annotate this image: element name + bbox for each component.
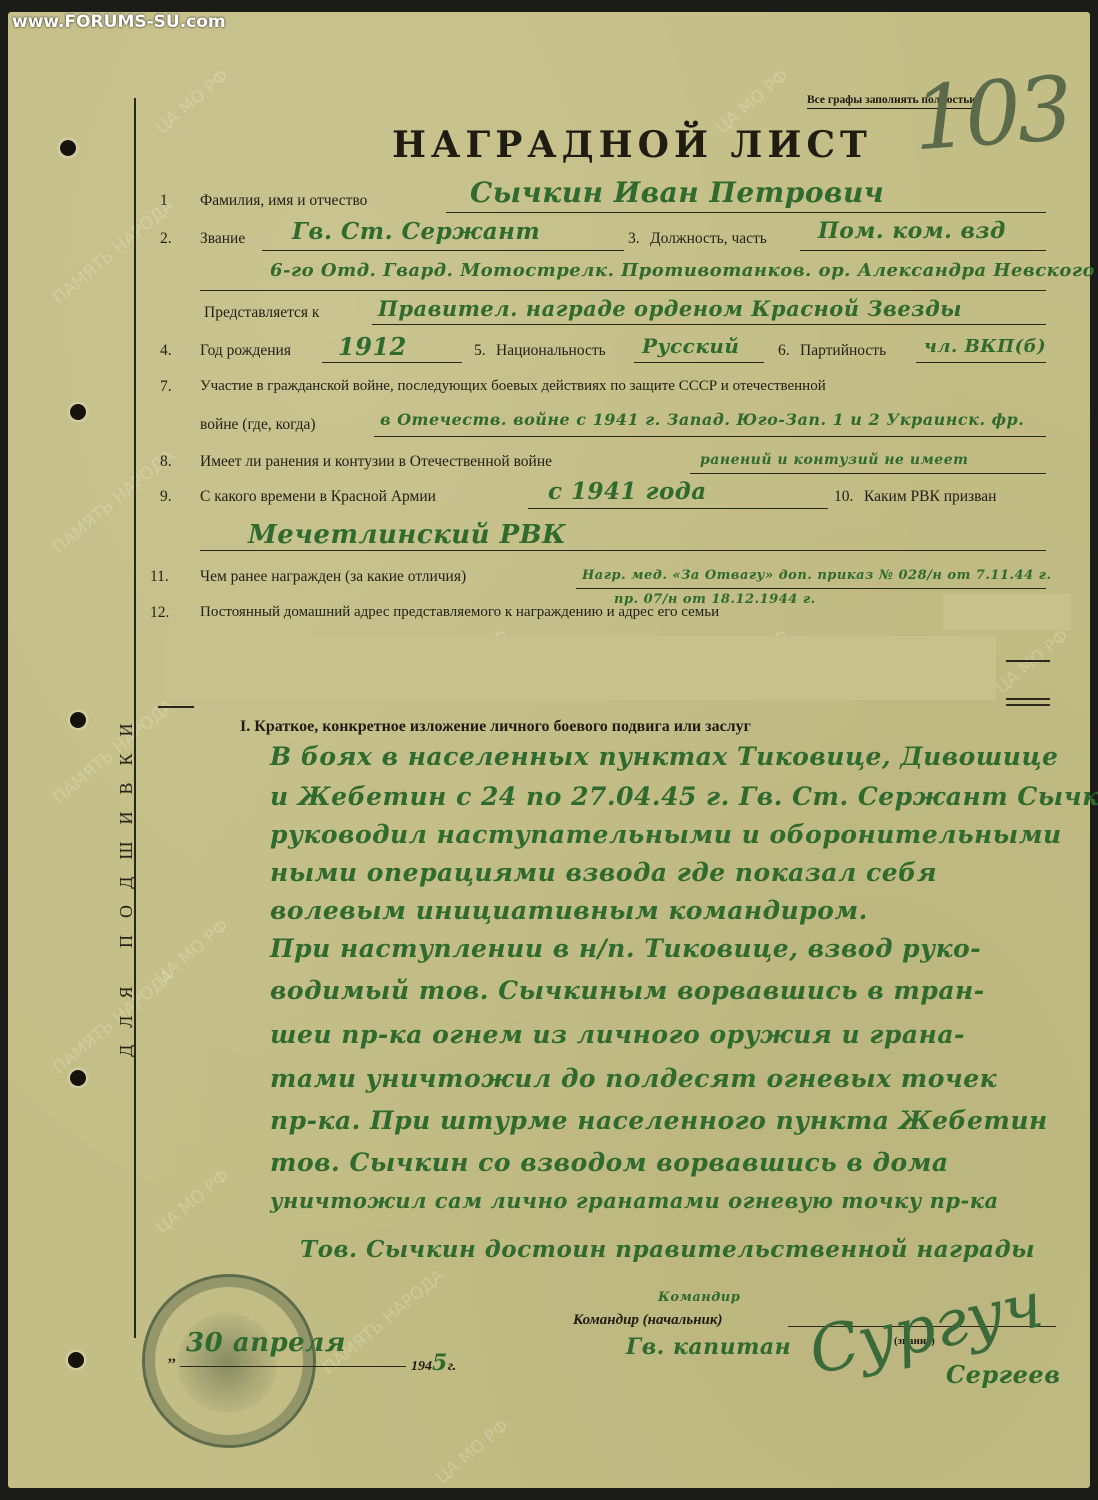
punch-hole: [70, 712, 86, 728]
field-label-draft-office: Каким РВК призван: [864, 488, 996, 506]
field-line: [916, 362, 1046, 363]
date-quote-mark: ,,: [168, 1348, 176, 1366]
feat-line: и Жебетин с 24 по 27.04.45 г. Гв. Ст. Се…: [270, 782, 1098, 811]
field-number: 8.: [160, 453, 172, 471]
field-value-wounds: ранений и контузий не имеет: [700, 452, 968, 468]
field-label-war-participation: Участие в гражданской войне, последующих…: [200, 378, 826, 395]
field-line: [322, 362, 462, 363]
field-value-full-name: Сычкин Иван Петрович: [470, 176, 884, 209]
year-suffix: г.: [448, 1359, 456, 1374]
feat-line: руководил наступательными и оборонительн…: [270, 820, 1062, 849]
field-line: [634, 362, 764, 363]
feat-line: тов. Сычкин со взводом ворвавшись в дома: [270, 1148, 949, 1177]
site-watermark: www.FORUMS-SU.com: [12, 12, 226, 32]
punch-hole: [70, 404, 86, 420]
field-label-war-participation-cont: войне (где, когда): [200, 416, 316, 434]
field-line: [374, 436, 1046, 437]
field-line: [200, 550, 1046, 551]
field-number: 4.: [160, 342, 172, 360]
commander-label: Командир (начальник): [573, 1312, 723, 1329]
field-value-rank: Гв. Ст. Сержант: [292, 218, 540, 245]
field-value-prior-awards: Нагр. мед. «За Отвагу» доп. приказ № 028…: [582, 568, 1052, 583]
watermark-archive: ЦА МО РФ: [152, 916, 233, 988]
watermark-archive: ЦА МО РФ: [992, 626, 1073, 698]
feat-line: водимый тов. Сычкиным ворвавшись в тран-: [270, 976, 985, 1005]
binding-margin-label: ДЛЯ ПОДШИВКИ: [116, 706, 137, 1057]
feat-line: тами уничтожил до полдесят огневых точек: [270, 1064, 997, 1093]
field-line: [576, 588, 1046, 589]
field-value-unit: 6-го Отд. Гвард. Мотострелк. Противотанк…: [270, 260, 1098, 281]
field-label-nationality: Национальность: [496, 342, 606, 360]
watermark-archive: ЦА МО РФ: [152, 66, 233, 138]
feat-line: ными операциями взвода где показал себя: [270, 858, 937, 887]
watermark-project: ПАМЯТЬ НАРОДА: [49, 446, 178, 559]
field-line: [200, 290, 1046, 291]
field-label-rank: Звание: [200, 230, 245, 248]
field-line: [1006, 698, 1050, 700]
award-sheet-page: ЦА МО РФ ЦА МО РФ ЦА МО РФ ЦА МО РФ ЦА М…: [8, 12, 1090, 1488]
archive-page-number: 103: [910, 57, 1073, 171]
commander-rank-value: Гв. капитан: [626, 1334, 791, 1360]
field-line: [528, 508, 828, 509]
field-number: 2.: [160, 230, 172, 248]
feat-line: При наступлении в н/п. Тиковице, взвод р…: [270, 934, 981, 963]
field-label-full-name: Фамилия, имя и отчество: [200, 192, 367, 210]
punch-hole: [60, 140, 76, 156]
feat-line: Тов. Сычкин достоин правительственной на…: [300, 1236, 1035, 1263]
field-value-party: чл. ВКП(б): [924, 336, 1046, 357]
year-printed: 1945г.: [411, 1350, 456, 1376]
redacted-address-block: [943, 594, 1071, 630]
feat-line: В боях в населенных пунктах Тиковице, Ди…: [270, 742, 1058, 771]
field-value-war-participation: в Отечеств. войне с 1941 г. Запад. Юго-З…: [380, 410, 1024, 429]
punch-hole: [70, 1070, 86, 1086]
watermark-project: ПАМЯТЬ НАРОДА: [49, 196, 178, 309]
field-line: [158, 706, 194, 708]
field-label-birth-year: Год рождения: [200, 342, 291, 360]
field-line: [800, 250, 1046, 251]
field-label-party: Партийность: [800, 342, 886, 360]
commander-handwritten-title: Командир: [658, 1290, 740, 1305]
field-line: [262, 250, 624, 251]
watermark-archive: ЦА МО РФ: [432, 1416, 513, 1488]
field-number: 5.: [474, 342, 486, 360]
year-prefix: 194: [411, 1359, 432, 1374]
section-heading-feat-description: I. Краткое, конкретное изложение личного…: [240, 718, 751, 736]
date-line: [180, 1366, 406, 1367]
field-label-position-text: Должность, часть: [650, 230, 767, 248]
commander-name: Сергеев: [946, 1360, 1060, 1389]
field-line: [690, 473, 1046, 474]
redacted-address-block: [166, 636, 996, 700]
feat-line: шеи пр-ка огнем из личного оружия и гран…: [270, 1020, 965, 1049]
field-line: [1006, 704, 1050, 706]
field-value-position: Пом. ком. взд: [818, 218, 1006, 244]
feat-line: уничтожил сам лично гранатами огневую то…: [270, 1188, 999, 1213]
punch-hole: [68, 1352, 84, 1368]
field-label-prior-awards: Чем ранее награжден (за какие отличия): [200, 568, 466, 586]
field-line: [1006, 660, 1050, 662]
field-label-home-address: Постоянный домашний адрес представляемог…: [200, 604, 719, 621]
field-value-nationality: Русский: [642, 334, 739, 358]
field-label-presented-for: Представляется к: [204, 304, 319, 322]
feat-line: пр-ка. При штурме населенного пункта Жеб…: [270, 1106, 1048, 1135]
date-value: 30 апреля: [186, 1328, 346, 1358]
field-number: 10.: [834, 488, 853, 506]
field-number: 9.: [160, 488, 172, 506]
field-value-birth-year: 1912: [338, 332, 407, 361]
watermark-project: ПАМЯТЬ НАРОДА: [49, 696, 178, 809]
field-value-draft-office: Мечетлинский РВК: [248, 520, 566, 550]
field-line: [446, 212, 1046, 213]
document-title: НАГРАДНОЙ ЛИСТ: [392, 124, 872, 166]
field-number: 6.: [778, 342, 790, 360]
field-number: 1: [160, 192, 168, 210]
watermark-archive: ЦА МО РФ: [152, 1166, 233, 1238]
watermark-project: ПАМЯТЬ НАРОДА: [49, 966, 178, 1079]
field-number: 7.: [160, 378, 172, 396]
year-handwritten-digit: 5: [432, 1350, 448, 1376]
field-number: 12.: [150, 604, 169, 622]
feat-line: волевым инициативным командиром.: [270, 896, 868, 925]
field-label-position: 3.: [628, 230, 640, 248]
field-line: [372, 324, 1046, 325]
field-label-wounds: Имеет ли ранения и контузии в Отечествен…: [200, 453, 552, 471]
field-number: 11.: [150, 568, 169, 586]
field-value-award: Правител. награде орденом Красной Звезды: [378, 296, 962, 321]
field-value-army-since: с 1941 года: [548, 478, 707, 505]
field-label-army-since: С какого времени в Красной Армии: [200, 488, 436, 506]
